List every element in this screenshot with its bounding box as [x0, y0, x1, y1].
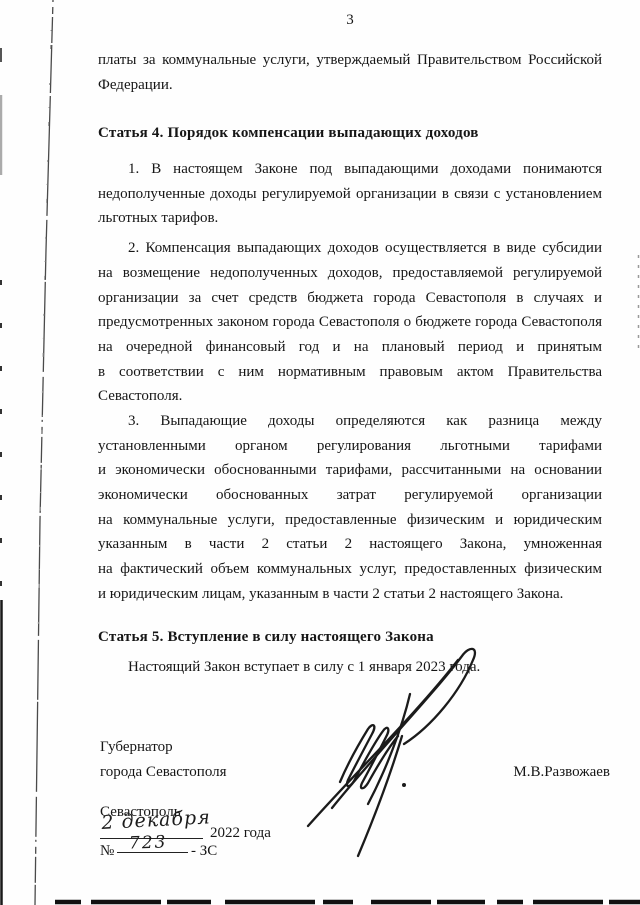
handwritten-number: 723	[129, 832, 168, 853]
text-line: на возмещение недополученных доходов, пр…	[98, 261, 602, 286]
text-line: Федерации.	[98, 73, 602, 98]
number-suffix: - ЗС	[191, 839, 217, 864]
text-line: льготных тарифов.	[98, 206, 602, 231]
text-line: установленными органом регулирования льг…	[98, 434, 602, 459]
text-line: на очередной финансовый год и на плановы…	[98, 335, 602, 360]
text-line: в соответствии с ним нормативным правовы…	[98, 360, 602, 385]
text-line: недополученные доходы регулируемой орган…	[98, 182, 602, 207]
text-line: 1. В настоящем Законе под выпадающими до…	[98, 157, 602, 182]
text-line: организации за счет средств бюджета горо…	[98, 286, 602, 311]
scan-artifact-left-line-gray	[38, 30, 51, 640]
paragraph: платы за коммунальные услуги, утверждаем…	[98, 48, 602, 97]
number-sign: №	[100, 839, 114, 864]
text-line: Настоящий Закон вступает в силу с 1 янва…	[98, 655, 602, 680]
text-line: на фактический объем коммунальных услуг,…	[98, 557, 602, 582]
text-line: на коммунальные услуги, предоставленные …	[98, 508, 602, 533]
text-line: платы за коммунальные услуги, утверждаем…	[98, 48, 602, 73]
text-line: Севастополя.	[98, 384, 602, 409]
article-heading: Статья 4. Порядок компенсации выпадающих…	[98, 121, 602, 146]
number-underline	[117, 852, 188, 853]
signer-name: М.В.Развожаев	[400, 760, 610, 785]
paragraph: Настоящий Закон вступает в силу с 1 янва…	[98, 655, 602, 680]
paragraph: 1. В настоящем Законе под выпадающими до…	[98, 157, 602, 231]
year-label: 2022 года	[210, 821, 271, 846]
text-line: 3. Выпадающие доходы определяются как ра…	[98, 409, 602, 434]
text-line: экономически обоснованных затрат регулир…	[98, 483, 602, 508]
paragraph: 3. Выпадающие доходы определяются как ра…	[98, 409, 602, 607]
text-line: предусмотренных законом города Севастопо…	[98, 310, 602, 335]
article-heading: Статья 5. Вступление в силу настоящего З…	[98, 625, 602, 650]
text-line: указанным в части 2 статьи 2 настоящего …	[98, 532, 602, 557]
scan-artifact-left-line	[35, 0, 53, 905]
text-line: и юридическим лицам, указанным в части 2…	[98, 582, 602, 607]
text-line: и экономически обоснованными тарифами, р…	[98, 458, 602, 483]
governor-city: города Севастополя	[100, 760, 227, 785]
page-number: 3	[98, 12, 602, 29]
handwritten-date: 2 декабря	[101, 806, 211, 834]
paragraph: 2. Компенсация выпадающих доходов осущес…	[98, 236, 602, 409]
governor-title-block: Губернатор города Севастополя	[100, 735, 227, 785]
text-line: 2. Компенсация выпадающих доходов осущес…	[98, 236, 602, 261]
document-body: платы за коммунальные услуги, утверждаем…	[98, 48, 602, 680]
governor-title: Губернатор	[100, 735, 227, 760]
scanned-document-page: 3 платы за коммунальные услуги, утвержда…	[0, 0, 640, 905]
